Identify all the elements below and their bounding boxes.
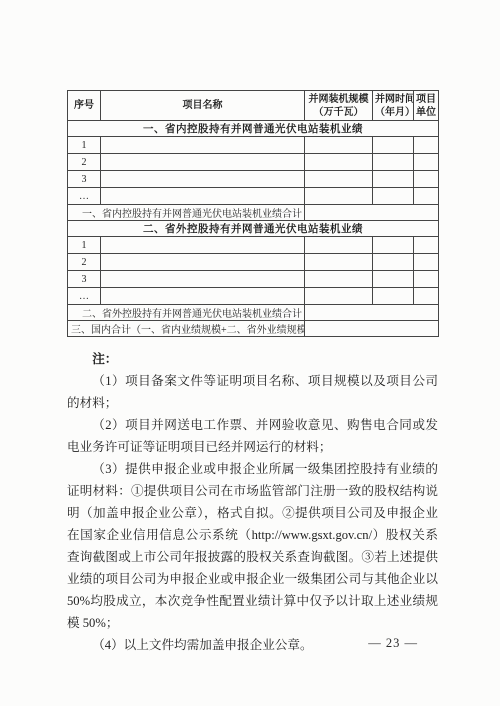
header-project-unit: 项目 单位 [414, 91, 439, 121]
page-number: — 23 — [368, 636, 418, 651]
serial-cell: 2 [68, 154, 101, 171]
grand-total-label: 三、国内合计（一、省内业绩规模+二、省外业绩规模） [68, 321, 305, 337]
empty-cell [101, 254, 305, 271]
empty-cell [101, 271, 305, 288]
table-row: 2 [68, 154, 439, 171]
serial-cell: … [68, 188, 101, 205]
document-page: 序号 项目名称 并网装机规模 （万千瓦） 并网时间 （年月） 项目 单位 一、省… [0, 0, 500, 706]
section2-subtotal-row: 二、省外控股持有并网普通光伏电站装机业绩合计 [68, 305, 439, 321]
empty-cell [305, 171, 373, 188]
header-grid-capacity-line2: （万千瓦） [314, 107, 364, 118]
serial-cell: 2 [68, 254, 101, 271]
empty-cell [305, 154, 373, 171]
header-grid-time-line2: （年月） [375, 107, 414, 118]
header-grid-time: 并网时间 （年月） [373, 91, 414, 121]
table-row: 2 [68, 254, 439, 271]
table-row: … [68, 188, 439, 205]
table-row: … [68, 288, 439, 305]
empty-cell [373, 271, 414, 288]
section1-title: 一、省内控股持有并网普通光伏电站装机业绩 [68, 121, 439, 137]
empty-cell [414, 271, 439, 288]
empty-cell [373, 171, 414, 188]
empty-cell [414, 154, 439, 171]
empty-cell [101, 171, 305, 188]
serial-cell: 3 [68, 271, 101, 288]
table-row: 1 [68, 237, 439, 254]
serial-cell: 1 [68, 137, 101, 154]
header-grid-time-line1: 并网时间 [375, 94, 414, 105]
table-row: 1 [68, 137, 439, 154]
empty-cell [414, 188, 439, 205]
serial-cell: … [68, 288, 101, 305]
table-row: 3 [68, 171, 439, 188]
section2-header-row: 二、省外控股持有并网普通光伏电站装机业绩 [68, 221, 439, 237]
empty-cell [101, 237, 305, 254]
section1-subtotal-value-cell [305, 205, 439, 221]
empty-cell [101, 188, 305, 205]
document-content: 序号 项目名称 并网装机规模 （万千瓦） 并网时间 （年月） 项目 单位 一、省… [67, 90, 438, 656]
table-row: 3 [68, 271, 439, 288]
empty-cell [414, 171, 439, 188]
grand-total-value-cell [305, 321, 439, 337]
empty-cell [101, 154, 305, 171]
note-item-2: （2）项目并网送电工作票、并网验收意见、购售电合同或发电业务许可证等证明项目已经… [67, 414, 438, 458]
empty-cell [373, 188, 414, 205]
empty-cell [414, 288, 439, 305]
empty-cell [305, 254, 373, 271]
note-item-1: （1）项目备案文件等证明项目名称、项目规模以及项目公司的材料； [67, 370, 438, 414]
header-project-unit-line1: 项目 [416, 94, 436, 105]
empty-cell [373, 237, 414, 254]
empty-cell [414, 137, 439, 154]
serial-cell: 1 [68, 237, 101, 254]
header-project-unit-line2: 单位 [416, 107, 436, 118]
section2-subtotal-value-cell [305, 305, 439, 321]
serial-cell: 3 [68, 171, 101, 188]
header-project-name: 项目名称 [101, 91, 305, 121]
section1-subtotal-label: 一、省内控股持有并网普通光伏电站装机业绩合计 [68, 205, 305, 221]
empty-cell [101, 288, 305, 305]
note-item-3: （3）提供申报企业或申报企业所属一级集团控股持有业绩的证明材料：①提供项目公司在… [67, 458, 438, 634]
empty-cell [414, 237, 439, 254]
grand-total-row: 三、国内合计（一、省内业绩规模+二、省外业绩规模） [68, 321, 439, 337]
header-grid-capacity-line1: 并网装机规模 [309, 94, 369, 105]
notes-label: 注： [67, 348, 438, 370]
section1-subtotal-row: 一、省内控股持有并网普通光伏电站装机业绩合计 [68, 205, 439, 221]
empty-cell [305, 188, 373, 205]
empty-cell [305, 271, 373, 288]
performance-table: 序号 项目名称 并网装机规模 （万千瓦） 并网时间 （年月） 项目 单位 一、省… [67, 90, 439, 337]
section2-subtotal-label: 二、省外控股持有并网普通光伏电站装机业绩合计 [68, 305, 305, 321]
empty-cell [305, 137, 373, 154]
empty-cell [373, 137, 414, 154]
header-serial-number: 序号 [68, 91, 101, 121]
section1-header-row: 一、省内控股持有并网普通光伏电站装机业绩 [68, 121, 439, 137]
empty-cell [414, 254, 439, 271]
empty-cell [373, 288, 414, 305]
notes-section: 注： （1）项目备案文件等证明项目名称、项目规模以及项目公司的材料； （2）项目… [67, 348, 438, 656]
empty-cell [373, 254, 414, 271]
header-grid-capacity: 并网装机规模 （万千瓦） [305, 91, 373, 121]
empty-cell [305, 288, 373, 305]
empty-cell [305, 237, 373, 254]
table-header-row: 序号 项目名称 并网装机规模 （万千瓦） 并网时间 （年月） 项目 单位 [68, 91, 439, 121]
section2-title: 二、省外控股持有并网普通光伏电站装机业绩 [68, 221, 439, 237]
empty-cell [101, 137, 305, 154]
empty-cell [373, 154, 414, 171]
